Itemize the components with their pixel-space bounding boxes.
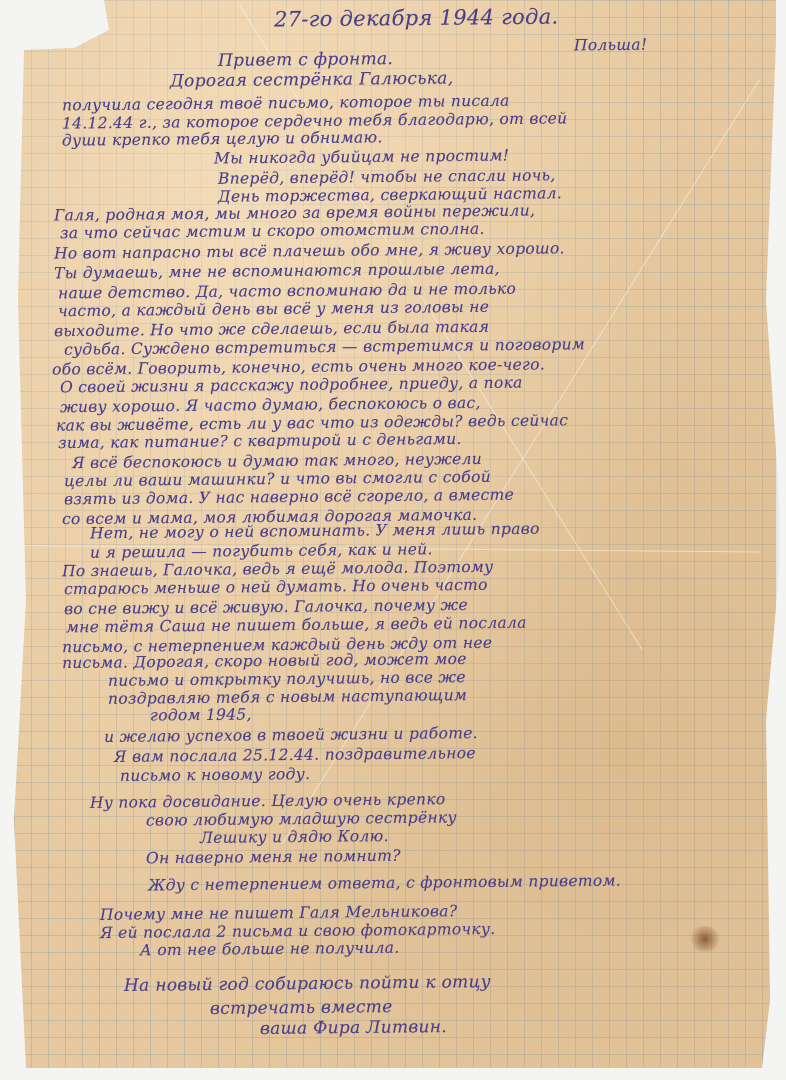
letter-line: Лешику и дядю Колю. — [200, 827, 389, 847]
place-line: Польша! — [574, 36, 648, 55]
letter-line: Мы никогда убийцам не простим! — [214, 146, 509, 167]
letter-line: души крепко тебя целую и обнимаю. — [62, 128, 383, 149]
letter-line: поздравляю тебя с новым наступающим — [108, 686, 467, 708]
letter-line: На новый год собираюсь пойти к отцу — [124, 972, 491, 996]
letter-line: письмо к новому году. — [120, 765, 310, 785]
letter-line: свою любимую младшую сестрёнку — [146, 808, 457, 829]
letter-line: годом 1945, — [150, 705, 252, 724]
greeting-salutation: Дорогая сестрёнка Галюська, — [170, 69, 454, 92]
letter-line: встречать вместе — [210, 997, 393, 1019]
letter-line: Я вам послала 25.12.44. поздравительное — [114, 744, 476, 766]
letter-line: Он наверно меня не помнит? — [146, 847, 401, 868]
letter-line: А от нее больше не получила. — [140, 939, 400, 960]
date-line: 27-го декабря 1944 года. — [274, 5, 559, 32]
greeting-front: Привет с фронта. — [218, 49, 393, 71]
ink-stain — [688, 926, 722, 952]
letter-line: ваша Фира Литвин. — [260, 1017, 447, 1039]
